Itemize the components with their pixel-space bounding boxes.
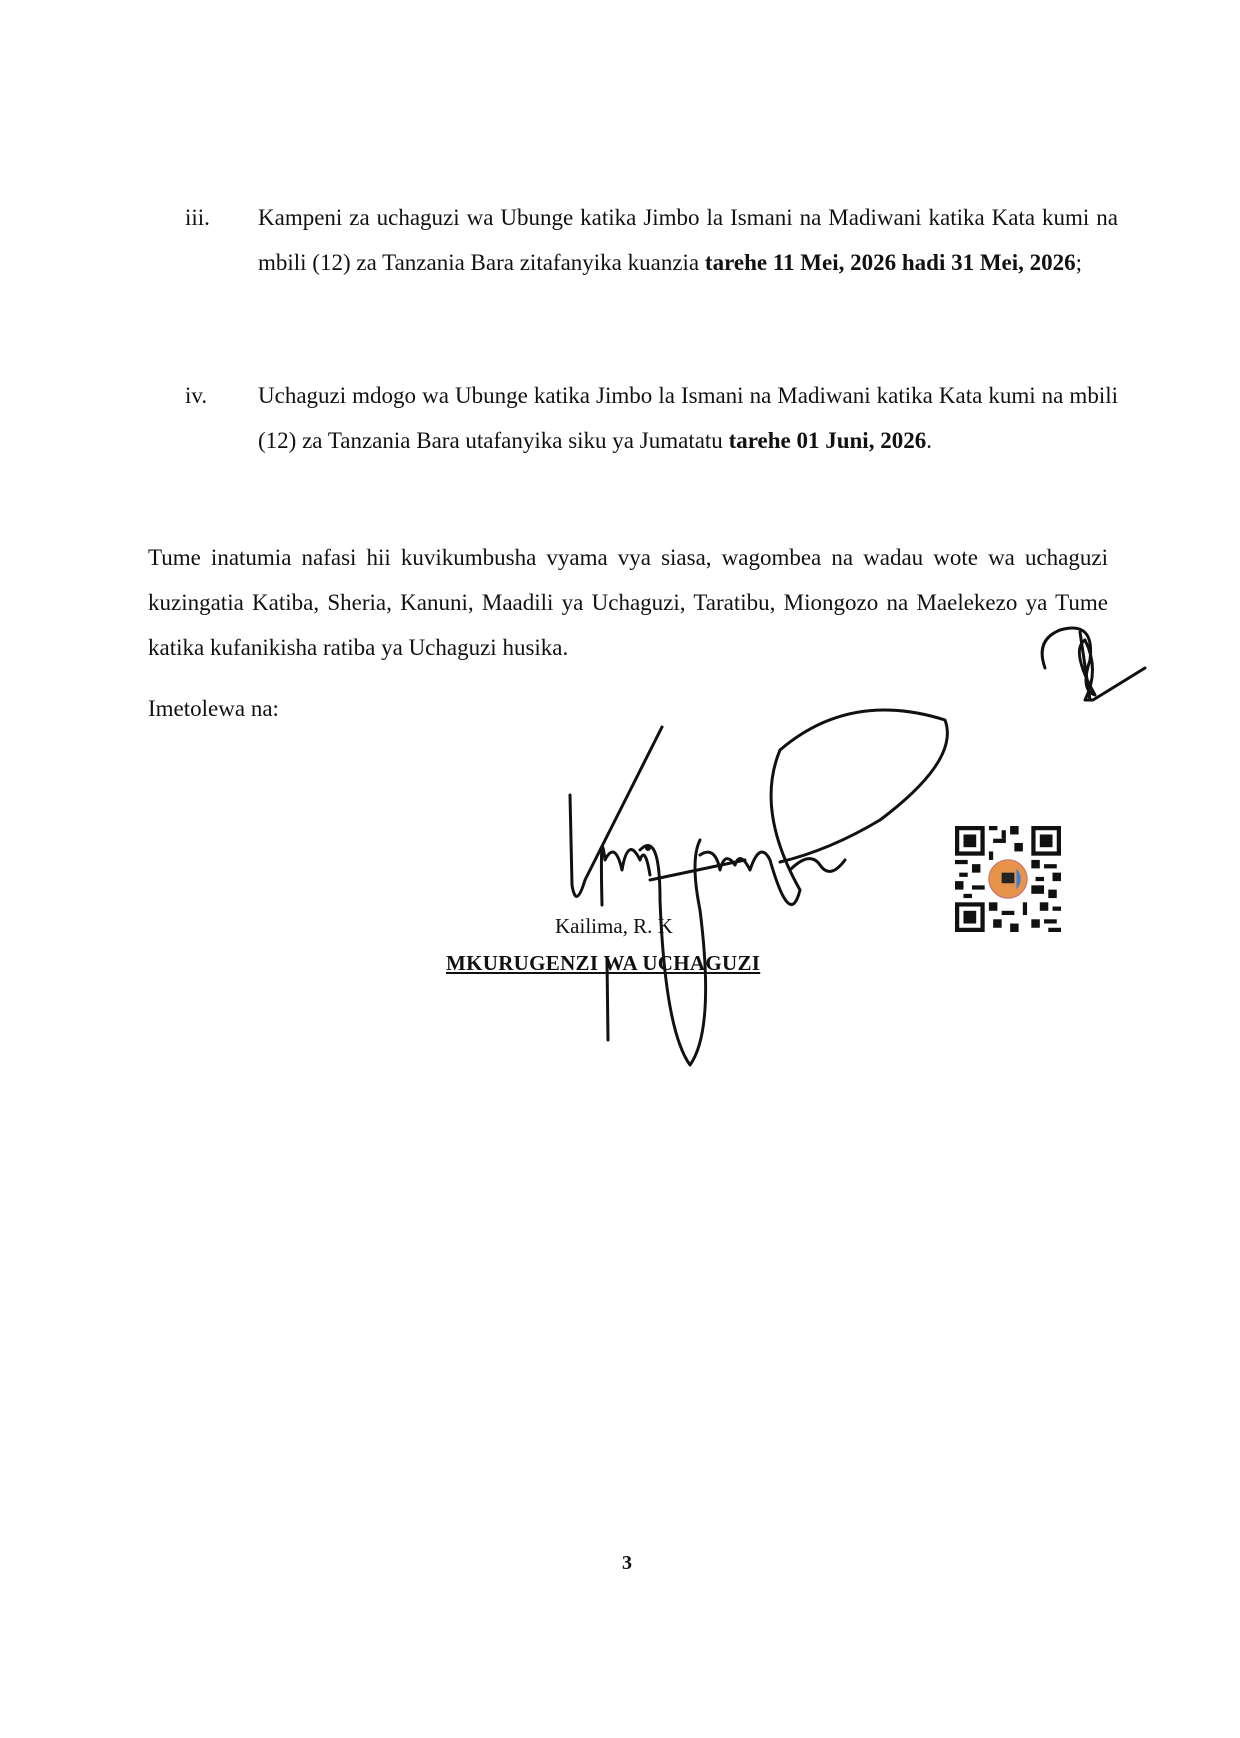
issued-by-label: Imetolewa na: [148, 696, 279, 722]
closing-paragraph: Tume inatumia nafasi hii kuvikumbusha vy… [148, 535, 1108, 670]
list-number: iv. [185, 373, 245, 418]
list-text: Uchaguzi mdogo wa Ubunge katika Jimbo la… [258, 373, 1118, 463]
signatory-name: Kailima, R. K [555, 914, 673, 939]
bold-date: tarehe 11 Mei, 2026 hadi 31 Mei, 2026 [705, 250, 1076, 275]
qr-code-icon [955, 826, 1061, 932]
signatory-title: MKURUGENZI WA UCHAGUZI [446, 951, 760, 976]
bold-date: tarehe 01 Juni, 2026 [729, 428, 927, 453]
list-number: iii. [185, 195, 245, 240]
list-text: Kampeni za uchaguzi wa Ubunge katika Jim… [258, 195, 1118, 285]
page-number: 3 [622, 1552, 632, 1575]
